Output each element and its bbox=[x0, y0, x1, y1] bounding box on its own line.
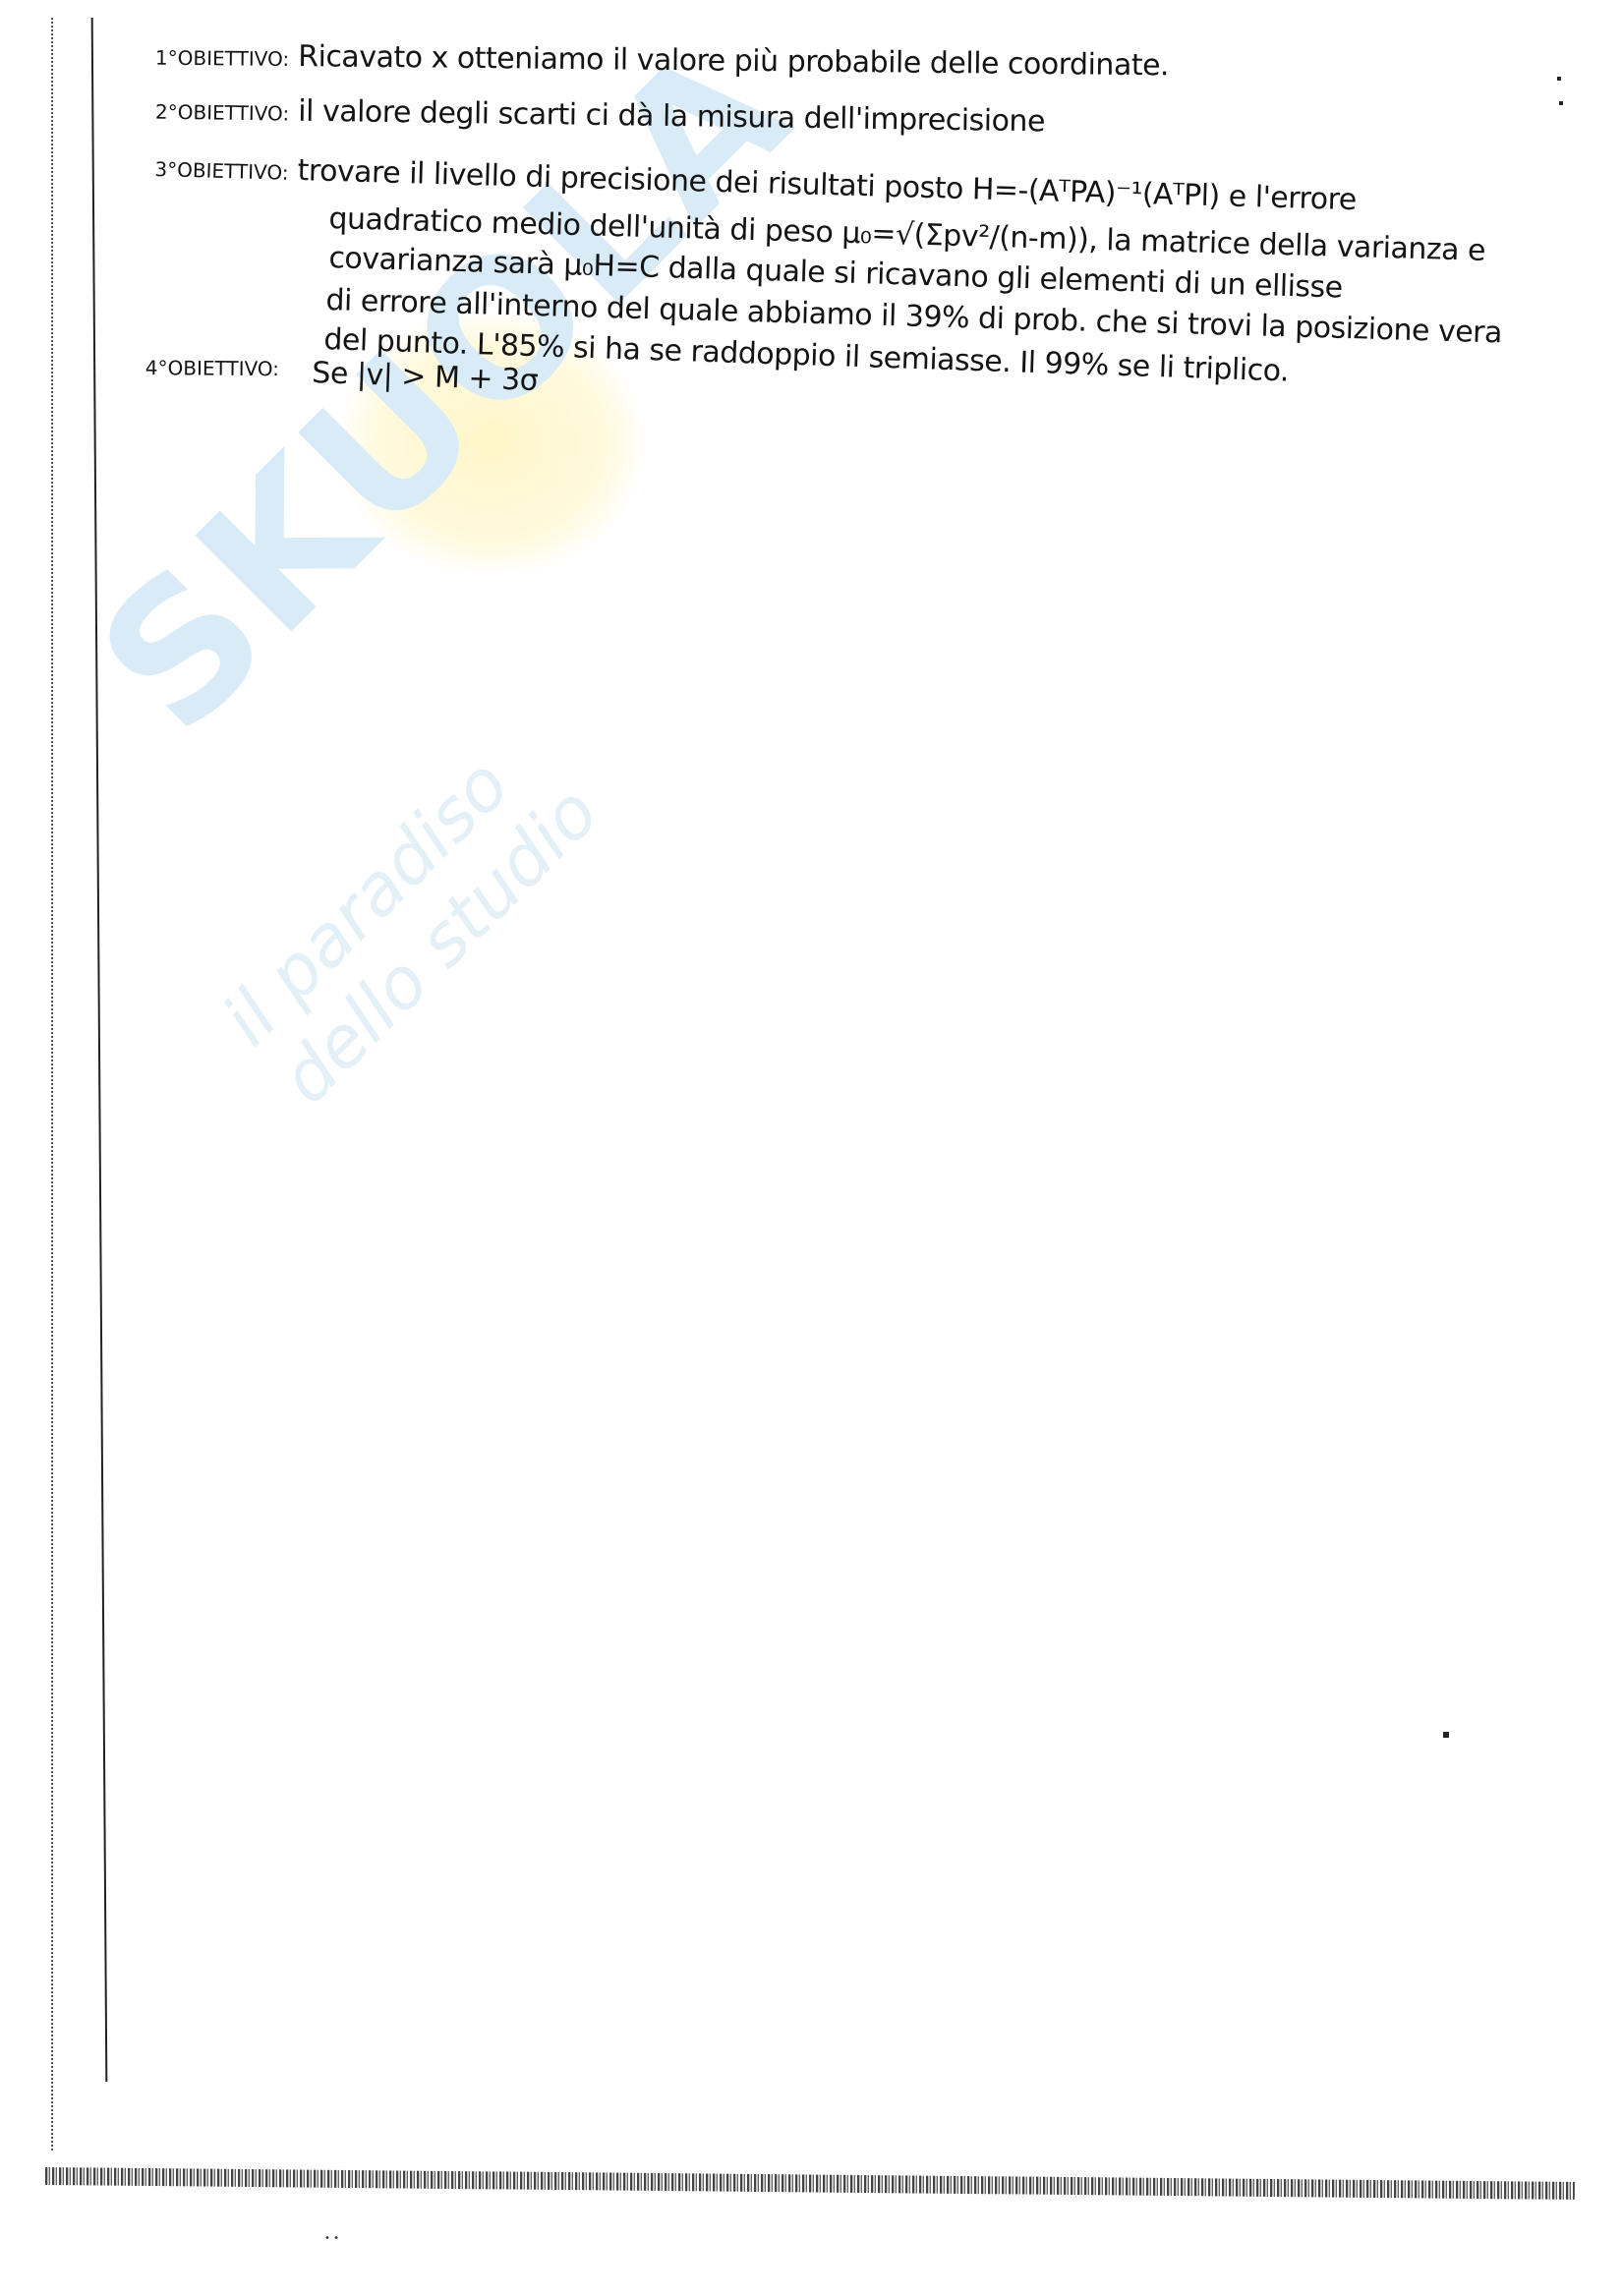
objective-2-text: il valore degli scarti ci dà la misura d… bbox=[298, 94, 1045, 140]
objective-2-label: 2°OBIETTIVO: bbox=[155, 100, 289, 126]
left-margin-line bbox=[91, 18, 108, 2082]
objective-4: 4°OBIETTIVO: bbox=[145, 348, 279, 383]
objective-1-text: Ricavato x otteniamo il valore più proba… bbox=[298, 39, 1169, 83]
scan-edge-dotted-line bbox=[51, 18, 53, 2151]
scan-speck bbox=[1559, 101, 1563, 105]
objective-4-text: Se |v| > M + 3σ bbox=[312, 356, 539, 398]
objective-2: 2°OBIETTIVO: il valore degli scarti ci d… bbox=[155, 92, 1045, 140]
scan-bottom-band bbox=[45, 2167, 1575, 2200]
objective-4-label: 4°OBIETTIVO: bbox=[145, 356, 279, 380]
watermark-tagline: il paradiso dello studio bbox=[206, 648, 677, 1119]
objective-3-label: 3°OBIETTIVO: bbox=[154, 157, 289, 185]
objective-1: 1°OBIETTIVO: Ricavato x otteniamo il val… bbox=[155, 38, 1169, 84]
scan-speck bbox=[1557, 77, 1561, 81]
scan-dots: • • bbox=[324, 2233, 339, 2244]
objective-1-label: 1°OBIETTIVO: bbox=[155, 46, 289, 71]
scan-speck bbox=[1443, 1732, 1449, 1738]
